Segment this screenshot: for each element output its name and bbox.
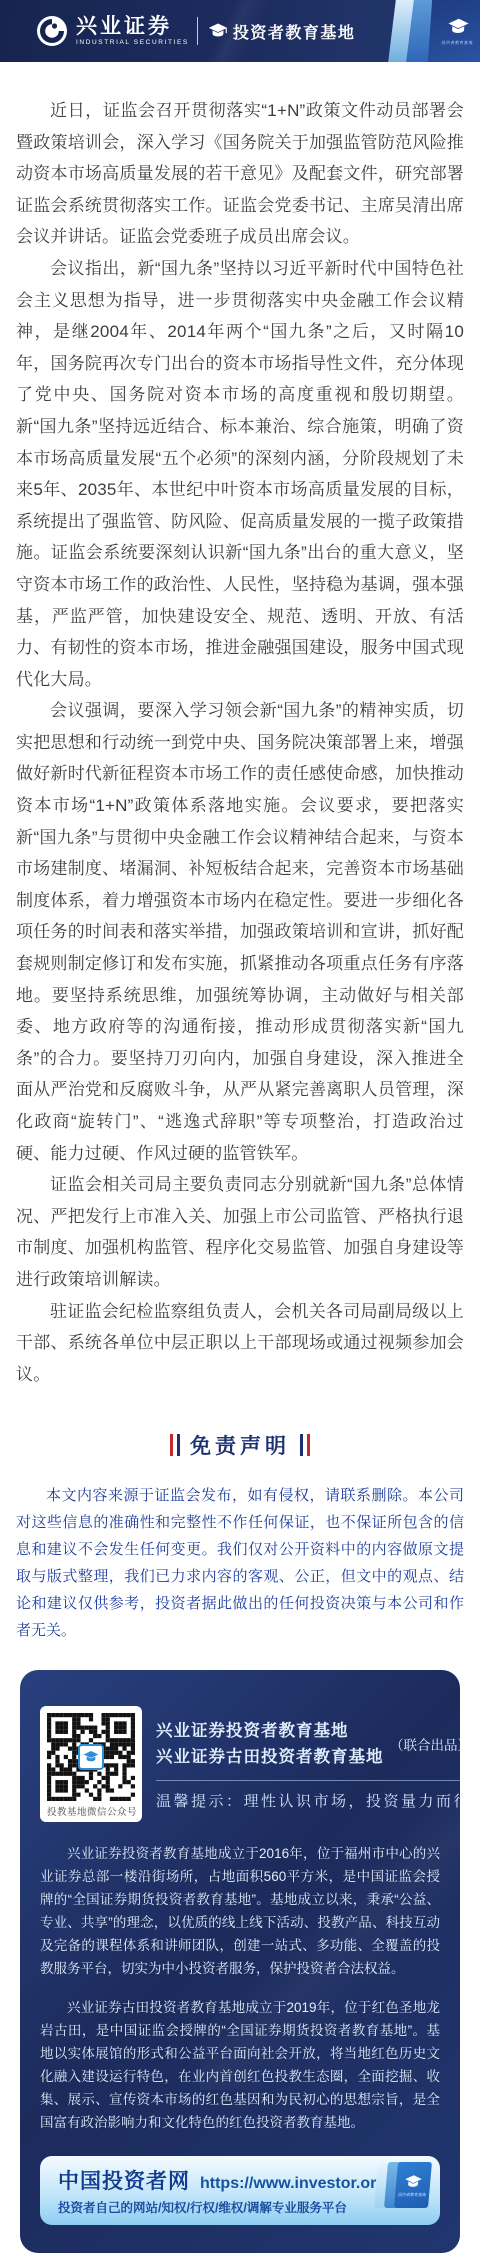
footer-card: 投教基地微信公众号 兴业证券投资者教育基地 兴业证券古田投资者教育基地 （联合出… (20, 1670, 460, 2253)
joint-production-label: （联合出品） (390, 1734, 460, 1754)
base-intro-paragraph: 兴业证券古田投资者教育基地成立于2019年，位于红色圣地龙岩古田，是中国证监会授… (40, 1996, 440, 2134)
education-base-label-wrap: 投资者教育基地 (208, 20, 356, 43)
investor-site-name: 中国投资者网 (58, 2165, 190, 2195)
graduation-cap-icon (208, 21, 228, 41)
education-base-label: 投资者教育基地 (233, 20, 356, 43)
base-name-1: 兴业证券投资者教育基地 (156, 1718, 388, 1744)
brand-name-cn: 兴业证券 (76, 16, 189, 38)
graduation-cap-icon (447, 16, 471, 38)
base-name-2: 兴业证券古田投资者教育基地 (156, 1744, 388, 1770)
article-paragraph: 会议指出，新“国九条”坚持以习近平新时代中国特色社会主义思想为指导，进一步贯彻落… (16, 253, 464, 695)
article-paragraph: 驻证监会纪检监察组负责人，会机关各司局副局级以上干部、系统各单位中层正职以上干部… (16, 1296, 464, 1391)
book-cover: 投资者教育基地 (394, 2162, 432, 2208)
book-cover-caption: 投资者教育基地 (398, 2192, 427, 2198)
disclaimer-text: 本文内容来源于证监会发布，如有侵权，请联系删除。本公司对这些信息的准确性和完整性… (16, 1482, 464, 1644)
header-banner: 兴业证券 INDUSTRIAL SECURITIES 投资者教育基地 投资者教育… (0, 0, 480, 62)
investor-site-bar: 中国投资者网 https://www.investor.org.cn 投资者自己… (40, 2156, 440, 2225)
book-cover-caption: 投资者教育基地 (441, 40, 473, 46)
article-paragraph: 近日，证监会召开贯彻落实“1+N”政策文件动员部署会暨政策培训会，深入学习《国务… (16, 95, 464, 253)
book-cover: 投资者教育基地 (428, 0, 480, 62)
book-artwork: 投资者教育基地 (376, 0, 480, 62)
investor-bar-book-icon: 投资者教育基地 (366, 2160, 430, 2210)
heading-bars-right (298, 1434, 312, 1456)
disclaimer-heading: 免责声明 (0, 1430, 480, 1460)
graduation-cap-icon (404, 2173, 424, 2191)
investor-site-slogan: 投资者自己的网站/知权/行权/维权/调解专业服务平台 (58, 2198, 356, 2216)
qr-code-box: 投教基地微信公众号 (40, 1706, 142, 1822)
footer-divider (156, 1780, 460, 1781)
base-intro-paragraph: 兴业证券投资者教育基地成立于2016年，位于福州市中心的兴业证券总部一楼沿街场所… (40, 1842, 440, 1980)
brand-name-block: 兴业证券 INDUSTRIAL SECURITIES (76, 16, 189, 46)
article-paragraph: 会议强调，要深入学习领会新“国九条”的精神实质，切实把思想和行动统一到党中央、国… (16, 695, 464, 1169)
header-divider (197, 17, 198, 45)
article-body: 近日，证监会召开贯彻落实“1+N”政策文件动员部署会暨政策培训会，深入学习《国务… (0, 62, 480, 1390)
qr-caption: 投教基地微信公众号 (47, 1804, 135, 1818)
base-names-column: 兴业证券投资者教育基地 兴业证券古田投资者教育基地 （联合出品） 温馨提示：理性… (156, 1706, 460, 1822)
page: 兴业证券 INDUSTRIAL SECURITIES 投资者教育基地 投资者教育… (0, 0, 480, 2264)
heading-bars-left (168, 1434, 182, 1456)
qr-center-logo-icon (78, 1744, 104, 1770)
article-paragraph: 证监会相关司局主要负责同志分别就新“国九条”总体情况、严把发行上市准入关、加强上… (16, 1169, 464, 1295)
disclaimer-title-text: 免责声明 (190, 1430, 290, 1460)
reminder-text: 温馨提示：理性认识市场，投资量力而行 (156, 1790, 460, 1811)
qr-header-row: 投教基地微信公众号 兴业证券投资者教育基地 兴业证券古田投资者教育基地 （联合出… (40, 1706, 440, 1822)
brand-logo-icon (36, 15, 68, 47)
brand-name-en: INDUSTRIAL SECURITIES (76, 39, 189, 46)
